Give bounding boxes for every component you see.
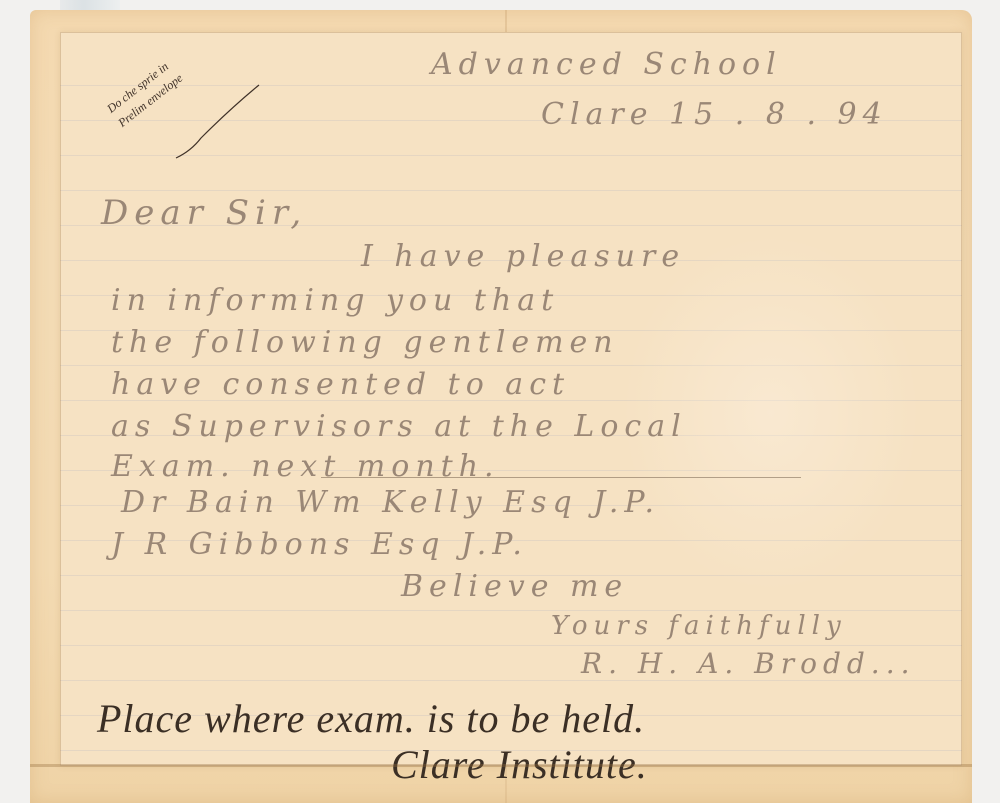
margin-note-flourish [171,83,261,163]
salutation: Dear Sir, [101,193,307,233]
heading-place-date: Clare 15 . 8 . 94 [541,97,888,132]
body-line-5: as Supervisors at the Local [111,409,687,444]
heading-school: Advanced School [431,47,782,82]
signature: R. H. A. Brodd... [581,647,916,680]
body-line-8: J R Gibbons Esq J.P. [111,527,528,562]
closing-yours-faithfully: Yours faithfully [551,611,847,641]
closing-believe-me: Believe me [401,569,628,604]
annotation-line-1: Place where exam. is to be held. [97,695,645,742]
underline-stroke [321,477,801,478]
body-line-6: Exam. next month. [111,449,500,484]
body-line-4: have consented to act [111,367,570,402]
body-line-1: I have pleasure [361,239,685,274]
horizontal-fold [30,764,972,767]
scanned-document: Do che sprie in Prelim envelope Advanced… [0,0,1000,803]
body-line-7: Dr Bain Wm Kelly Esq J.P. [121,485,660,520]
body-line-2: in informing you that [111,283,559,318]
body-line-3: the following gentlemen [111,325,619,360]
letter-page: Do che sprie in Prelim envelope Advanced… [60,32,962,766]
